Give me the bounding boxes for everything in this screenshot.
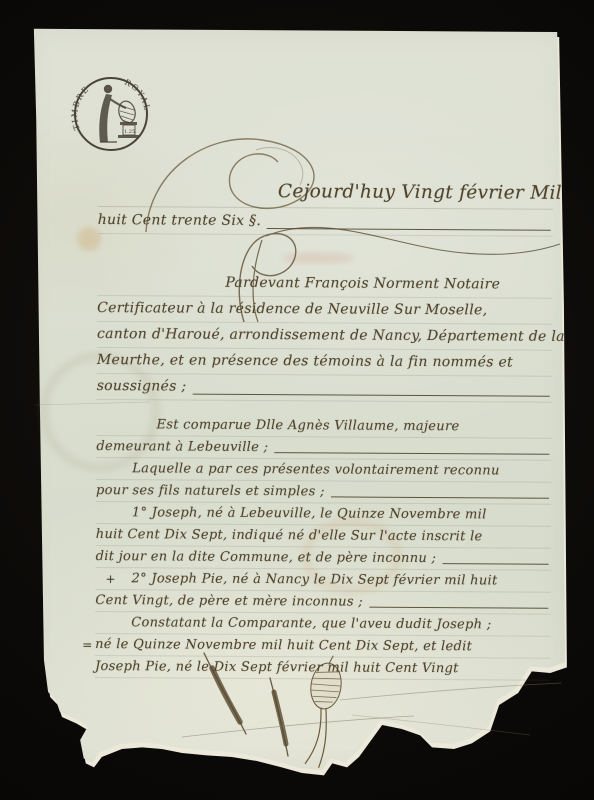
- line-text: Constatant la Comparante, que l'aveu dud…: [131, 612, 491, 635]
- timbre-royal-stamp: TIMBRE ROYAL 1.25: [70, 78, 152, 150]
- line-text: Joseph Pie, né le Dix Sept février mil h…: [95, 656, 459, 679]
- line-text: né le Quinze Novembre mil huit Cent Dix …: [95, 634, 472, 657]
- document-line: dit jour en la dite Commune, et de père …: [96, 546, 551, 571]
- stamp-denomination: 1.25: [124, 129, 135, 135]
- ink-rule: [331, 481, 549, 498]
- document-line: +2° Joseph Pie, né à Nancy le Dix Sept f…: [95, 568, 550, 593]
- line-text: canton d'Haroué, arrondissement de Nancy…: [97, 322, 565, 350]
- document-line: Cent Vingt, de père et mère inconnus ;: [95, 590, 550, 615]
- line-text: 2° Joseph Pie, né à Nancy le Dix Sept fé…: [131, 568, 497, 591]
- document-line: soussignés ;: [97, 374, 552, 403]
- line-text: Certificateur à la résidence de Neuville…: [97, 296, 487, 323]
- line-text: Cejourd'huy Vingt février Mil: [278, 177, 562, 209]
- document-line: huit Cent trente Six §.: [98, 207, 553, 237]
- document-line: canton d'Haroué, arrondissement de Nancy…: [97, 322, 552, 351]
- document-line: demeurant à Lebeuville ;: [96, 436, 551, 461]
- ink-rule: [369, 592, 549, 609]
- document-line: Certificateur à la résidence de Neuville…: [97, 296, 552, 325]
- document-lines: Cejourd'huy Vingt février Milhuit Cent t…: [95, 176, 553, 681]
- document-line: huit Cent Dix Sept, indiqué né d'elle Su…: [96, 524, 551, 549]
- stamp-text-right: ROYAL: [123, 78, 152, 113]
- line-text: Pardevant François Norment Notaire: [225, 271, 500, 298]
- document-line: Laquelle a par ces présentes volontairem…: [96, 458, 551, 483]
- margin-mark: =: [82, 635, 92, 656]
- document-line: Constatant la Comparante, que l'aveu dud…: [95, 612, 550, 637]
- line-text: huit Cent Dix Sept, indiqué né d'elle Su…: [96, 524, 483, 547]
- line-text: soussignés ;: [97, 374, 187, 400]
- ink-rule: [442, 548, 549, 565]
- line-text: demeurant à Lebeuville ;: [96, 436, 268, 458]
- ink-rule: [267, 208, 551, 231]
- line-text: Cent Vingt, de père et mère inconnus ;: [95, 590, 363, 613]
- document-line: Joseph Pie, né le Dix Sept février mil h…: [95, 656, 550, 681]
- heading-line: Cejourd'huy Vingt février Mil: [98, 176, 553, 210]
- document-line: pour ses fils naturels et simples ;: [96, 480, 551, 505]
- margin-mark: +: [105, 569, 115, 590]
- ink-rule: [274, 437, 549, 455]
- stamp-text-left: TIMBRE: [70, 84, 91, 131]
- document-line: =né le Quinze Novembre mil huit Cent Dix…: [95, 634, 550, 659]
- ink-rule: [192, 375, 549, 397]
- line-text: Est comparue Dlle Agnès Villaume, majeur…: [156, 414, 459, 437]
- line-text: 1° Joseph, né à Lebeuville, le Quinze No…: [132, 502, 487, 525]
- line-text: huit Cent trente Six §.: [98, 207, 262, 234]
- document-line: Meurthe, et en présence des témoins à la…: [97, 348, 552, 377]
- document-line: Est comparue Dlle Agnès Villaume, majeur…: [96, 414, 551, 439]
- document-line: 1° Joseph, né à Lebeuville, le Quinze No…: [96, 502, 551, 527]
- line-text: dit jour en la dite Commune, et de père …: [96, 546, 437, 569]
- document-line: Pardevant François Norment Notaire: [97, 270, 552, 299]
- line-text: Laquelle a par ces présentes volontairem…: [132, 458, 500, 481]
- line-text: pour ses fils naturels et simples ;: [96, 480, 325, 502]
- photo-background: TIMBRE ROYAL 1.25: [0, 0, 594, 800]
- line-text: Meurthe, et en présence des témoins à la…: [97, 348, 513, 376]
